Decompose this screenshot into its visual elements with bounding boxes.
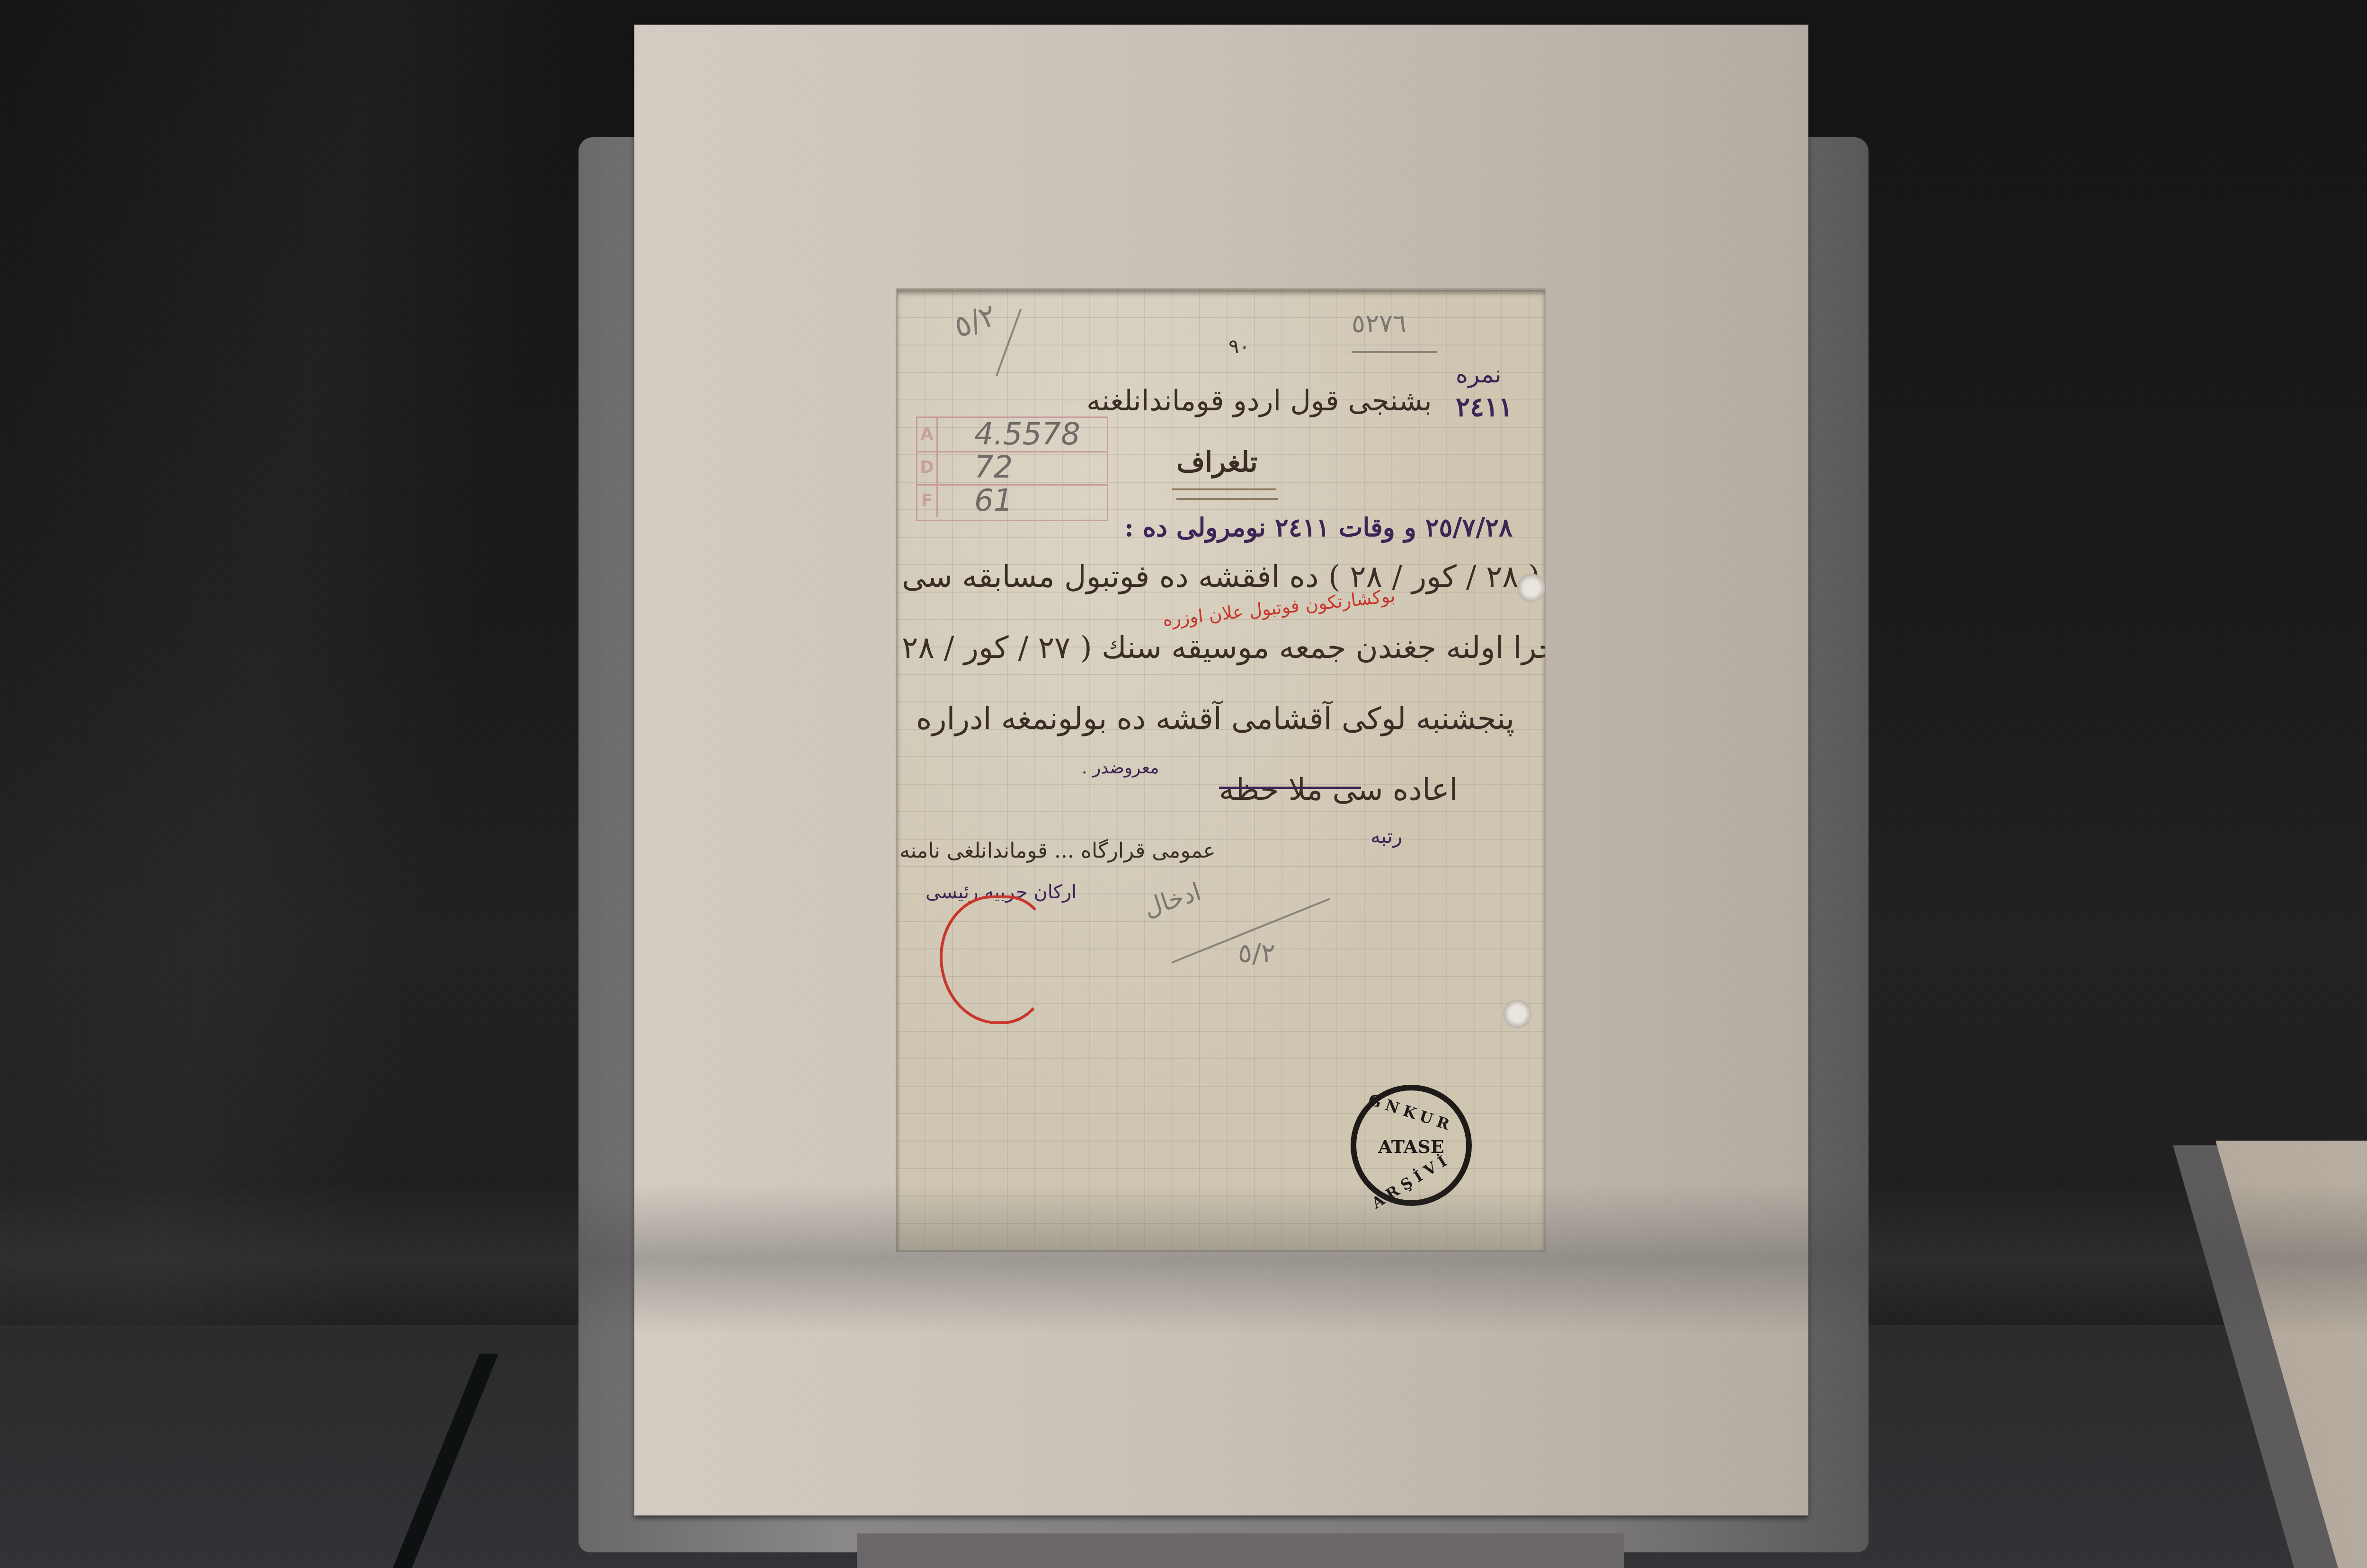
pencil-signature: ادخال [1140, 877, 1205, 922]
purple-margin-note: معروضدر . [1082, 758, 1159, 778]
title-underline-1 [1172, 488, 1276, 490]
telegram-document: ٥/٢ ٩٠ ٥٢٧٦ نمره ٢٤١١ بشنجى قول اردو قوم… [897, 290, 1545, 1250]
adf-row: F 61 [917, 484, 1107, 517]
adf-letter: F [917, 484, 938, 517]
adf-value: 61 [974, 484, 1013, 517]
pencil-date: ٥/٢ [1238, 938, 1275, 969]
closing-line-1: عمومى قرارگاه ... قوماندانلغى نامنه [899, 839, 1216, 863]
right-margin-note: رتبه [1370, 824, 1402, 848]
top-center-mark: ٩٠ [1228, 335, 1250, 358]
adf-value: 72 [974, 451, 1013, 484]
body-line-2: اجرا اولنه جغندن جمعه موسيقه سنك ( ٢٧ / … [902, 630, 1545, 665]
adf-row: D 72 [917, 451, 1107, 486]
title-underline-2 [1176, 498, 1278, 500]
punch-hole-bottom [1503, 1000, 1531, 1028]
pencil-number-top-right: ٥٢٧٦ [1352, 309, 1406, 338]
red-signature [940, 895, 1050, 1024]
document-title: تلغراف [1176, 446, 1258, 478]
strikethrough [1219, 787, 1361, 789]
addressee: بشنجى قول اردو قوماندانلغنه [1086, 384, 1432, 417]
punch-hole-top [1517, 574, 1545, 602]
body-line-1: ( ٢٨ / كور / ٢٨ ) ده افقشه ده فوتبول مسا… [902, 559, 1540, 594]
reference-line: ٢٥/٧/٢٨ و وقات ٢٤١١ نومرولى ده : [1124, 512, 1513, 542]
glass-reflection [0, 1183, 2367, 1335]
display-stand-foot [857, 1533, 1624, 1568]
pencil-slash [996, 309, 1022, 376]
stamp-top-text: GNKUR [1356, 1087, 1466, 1138]
adf-value: 4.5578 [974, 418, 1080, 451]
adf-row: A 4.5578 [917, 418, 1107, 452]
adf-letter: D [917, 451, 938, 484]
adf-reference-box: A 4.5578 D 72 F 61 [916, 416, 1108, 521]
adf-letter: A [917, 418, 938, 451]
pencil-note-top-left: ٥/٢ [949, 298, 1001, 345]
body-line-4: اعاده سى ملا حظه [1219, 772, 1458, 807]
body-line-3: پنجشنبه لوكى آقشامى آقشه ده بولونمغه ادر… [916, 701, 1514, 736]
header-number-label: نمره [1456, 361, 1502, 388]
pencil-underline [1352, 351, 1437, 353]
header-number: ٢٤١١ [1456, 391, 1513, 423]
